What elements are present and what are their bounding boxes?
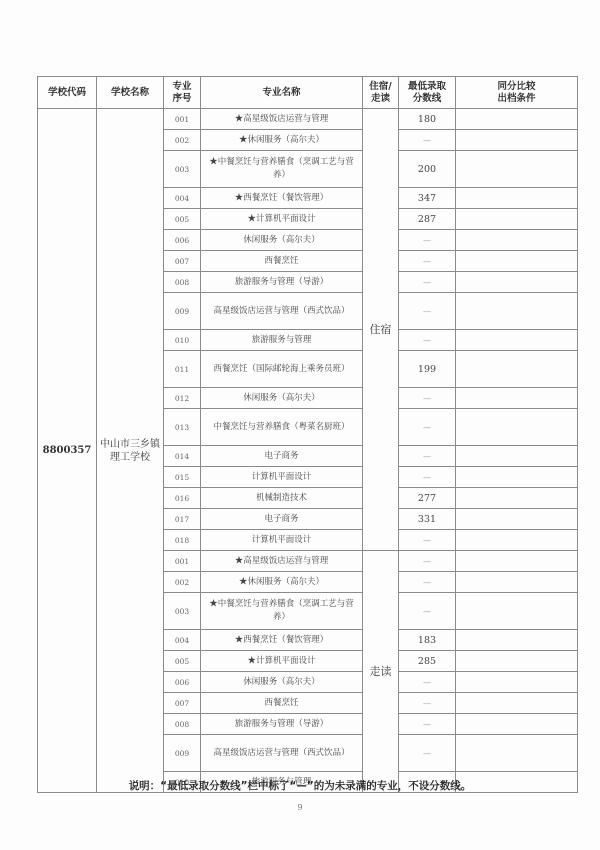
tie-break-cell [456,130,578,151]
major-name-cell: 旅游服务与管理（导游） [201,714,363,735]
tie-break-cell [456,188,578,209]
min-score-cell: 347 [399,188,456,209]
major-seq-cell: 007 [164,693,201,714]
major-name-cell: 西餐烹饪 [201,693,363,714]
major-seq-cell: 014 [164,446,201,467]
major-name-cell: 休闲服务（高尔夫） [201,230,363,251]
min-score-cell: — [399,293,456,330]
major-seq-cell: 001 [164,109,201,130]
major-seq-cell: 011 [164,351,201,388]
major-name-cell: 中餐烹饪与营养膳食（粤菜名厨班） [201,409,363,446]
major-name-cell: ★计算机平面设计 [201,209,363,230]
major-name-cell: 西餐烹饪（国际邮轮海上乘务员班） [201,351,363,388]
major-seq-cell: 005 [164,209,201,230]
tie-break-cell [456,109,578,130]
major-name-cell: 电子商务 [201,446,363,467]
min-score-cell: — [399,251,456,272]
boarding-cell: 住宿 [363,109,399,551]
school-name-cell: 中山市三乡镇理工学校 [97,109,164,793]
tie-break-cell [456,509,578,530]
major-name-cell: ★中餐烹饪与营养膳食（烹调工艺与营养） [201,593,363,630]
header-min-score: 最低录取 分数线 [399,77,456,109]
major-name-cell: ★计算机平面设计 [201,651,363,672]
min-score-cell: — [399,388,456,409]
boarding-cell: 走读 [363,551,399,793]
tie-break-cell [456,272,578,293]
min-score-cell: — [399,230,456,251]
major-seq-cell: 009 [164,735,201,772]
min-score-cell: — [399,446,456,467]
major-name-cell: 休闲服务（高尔夫） [201,672,363,693]
major-name-cell: 休闲服务（高尔夫） [201,388,363,409]
tie-break-cell [456,330,578,351]
tie-break-cell [456,251,578,272]
tie-break-cell [456,693,578,714]
major-name-cell: ★休闲服务（高尔夫） [201,572,363,593]
major-seq-cell: 008 [164,714,201,735]
min-score-cell: — [399,330,456,351]
min-score-cell: 285 [399,651,456,672]
major-seq-cell: 003 [164,593,201,630]
min-score-cell: — [399,130,456,151]
major-name-cell: 计算机平面设计 [201,530,363,551]
min-score-cell: 180 [399,109,456,130]
min-score-cell: — [399,530,456,551]
min-score-cell: 287 [399,209,456,230]
tie-break-cell [456,351,578,388]
min-score-cell: — [399,467,456,488]
major-seq-cell: 012 [164,388,201,409]
tie-break-cell [456,714,578,735]
major-name-cell: ★中餐烹饪与营养膳食（烹调工艺与营养） [201,151,363,188]
min-score-cell: — [399,735,456,772]
tie-break-cell [456,467,578,488]
tie-break-cell [456,446,578,467]
major-name-cell: ★休闲服务（高尔夫） [201,130,363,151]
major-seq-cell: 008 [164,272,201,293]
min-score-cell: — [399,672,456,693]
min-score-cell: — [399,593,456,630]
major-seq-cell: 003 [164,151,201,188]
min-score-cell: 199 [399,351,456,388]
tie-break-cell [456,209,578,230]
school-code-cell: 8800357 [38,109,97,793]
min-score-cell: 183 [399,630,456,651]
tie-break-cell [456,151,578,188]
major-seq-cell: 007 [164,251,201,272]
major-seq-cell: 002 [164,130,201,151]
tie-break-cell [456,630,578,651]
tie-break-cell [456,488,578,509]
major-name-cell: ★高星级饭店运营与管理 [201,109,363,130]
tie-break-cell [456,651,578,672]
tie-break-cell [456,572,578,593]
header-major-name: 专业名称 [201,77,363,109]
major-seq-cell: 016 [164,488,201,509]
min-score-cell: — [399,714,456,735]
tie-break-cell [456,551,578,572]
major-seq-cell: 001 [164,551,201,572]
table-body: 8800357中山市三乡镇理工学校001★高星级饭店运营与管理住宿180002★… [38,109,578,793]
major-name-cell: 高星级饭店运营与管理（西式饮品） [201,293,363,330]
tie-break-cell [456,409,578,446]
min-score-cell: — [399,572,456,593]
document-page: 学校代码 学校名称 专业 序号 专业名称 住宿/ 走读 最低录取 分数线 同分比… [0,0,600,850]
major-seq-cell: 004 [164,630,201,651]
min-score-cell: 277 [399,488,456,509]
major-seq-cell: 009 [164,293,201,330]
major-seq-cell: 010 [164,330,201,351]
header-school-name: 学校名称 [97,77,164,109]
min-score-cell: 331 [399,509,456,530]
min-score-cell: 200 [399,151,456,188]
header-major-seq: 专业 序号 [164,77,201,109]
page-number: 9 [0,803,600,812]
header-school-code: 学校代码 [38,77,97,109]
major-name-cell: ★西餐烹饪（餐饮管理） [201,630,363,651]
tie-break-cell [456,293,578,330]
major-name-cell: 高星级饭店运营与管理（西式饮品） [201,735,363,772]
major-name-cell: 计算机平面设计 [201,467,363,488]
tie-break-cell [456,735,578,772]
header-boarding: 住宿/ 走读 [363,77,399,109]
major-name-cell: 电子商务 [201,509,363,530]
major-seq-cell: 006 [164,230,201,251]
major-seq-cell: 006 [164,672,201,693]
major-name-cell: ★西餐烹饪（餐饮管理） [201,188,363,209]
min-score-cell: — [399,551,456,572]
major-name-cell: 西餐烹饪 [201,251,363,272]
major-seq-cell: 017 [164,509,201,530]
major-name-cell: 旅游服务与管理（导游） [201,272,363,293]
min-score-cell: — [399,693,456,714]
tie-break-cell [456,530,578,551]
major-name-cell: 机械制造技术 [201,488,363,509]
major-name-cell: ★高星级饭店运营与管理 [201,551,363,572]
table-row: 8800357中山市三乡镇理工学校001★高星级饭店运营与管理住宿180 [38,109,578,130]
footnote: 说明：“最低录取分数线”栏中标了“—”的为未录满的专业，不设分数线。 [0,778,600,793]
min-score-cell: — [399,409,456,446]
tie-break-cell [456,593,578,630]
tie-break-cell [456,388,578,409]
tie-break-cell [456,672,578,693]
tie-break-cell [456,230,578,251]
major-seq-cell: 004 [164,188,201,209]
major-seq-cell: 005 [164,651,201,672]
header-tie-break: 同分比较 出档条件 [456,77,578,109]
min-score-cell: — [399,272,456,293]
major-seq-cell: 015 [164,467,201,488]
major-name-cell: 旅游服务与管理 [201,330,363,351]
major-seq-cell: 018 [164,530,201,551]
table-header-row: 学校代码 学校名称 专业 序号 专业名称 住宿/ 走读 最低录取 分数线 同分比… [38,77,578,109]
major-seq-cell: 002 [164,572,201,593]
admission-score-table: 学校代码 学校名称 专业 序号 专业名称 住宿/ 走读 最低录取 分数线 同分比… [37,76,578,793]
major-seq-cell: 013 [164,409,201,446]
